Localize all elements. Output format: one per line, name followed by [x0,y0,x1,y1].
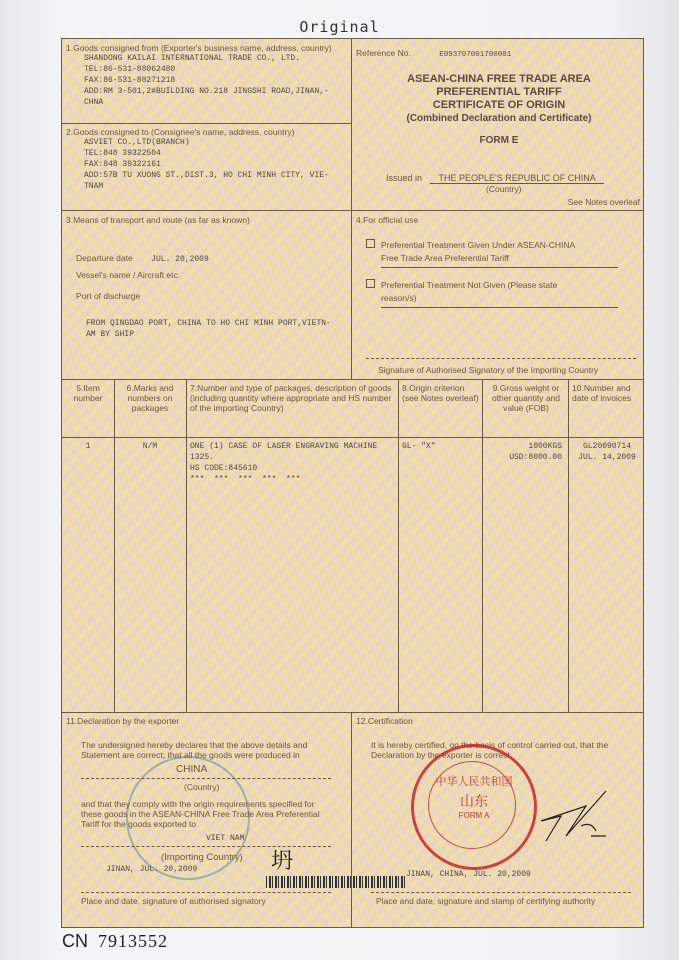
box-12-label: 12.Certification [356,716,642,726]
reference-label: Reference No. [356,48,411,58]
title-line-4: (Combined Declaration and Certificate) [356,112,642,125]
certifying-stamp: 中华人民共和国 山东 FORM A [411,744,537,870]
item-number: 1 [65,441,111,452]
departure-date-value: JUL. 20,2009 [151,255,209,264]
exporter-name: SHANDONG KAILAI INTERNATIONAL TRADE CO.,… [84,53,350,64]
marks: N/M [117,441,183,452]
port-of-discharge-label: Port of discharge [76,291,140,301]
page-title: Original [0,18,679,36]
box-2-consignee: 2.Goods consigned to (Consignee's name, … [66,127,350,192]
country-caption: (Country) [486,184,521,194]
description-line-2: 1325. [190,452,395,463]
box-11-exporter-declaration: 11.Declaration by the exporter The under… [66,716,350,926]
exporter-tel: TEL:86-531-88062480 [84,64,350,75]
box-3-transport: 3.Means of transport and route (as far a… [66,215,350,375]
consignee-fax: FAX:848 39322161 [84,159,350,170]
description-line-1: ONE (1) CASE OF LASER ENGRAVING MACHINE [190,441,395,452]
header-invoices: 10.Number and date of invoices [572,383,642,403]
gross-weight: 1000KGS [486,441,562,452]
header-marks: 6.Marks and numbers on packages [117,383,183,413]
option-treatment-given[interactable]: Preferential Treatment Given Under ASEAN… [366,235,575,253]
header-item-number: 5.Item number [65,383,111,403]
exporter-address-cont: CHNA [84,97,350,108]
checkbox-treatment-given[interactable] [366,239,375,248]
description-terminator: *** *** *** *** *** [190,474,395,485]
option-treatment-not-given[interactable]: Preferential Treatment Not Given (Please… [366,275,557,293]
consignee-address-cont: TNAM [84,181,350,192]
box-1-label: 1.Goods consigned from (Exporter's busin… [66,43,350,53]
title-line-1: ASEAN-CHINA FREE TRADE AREA [356,73,642,86]
box-11-label: 11.Declaration by the exporter [66,716,350,726]
route-line-1: FROM QINGDAO PORT, CHINA TO HO CHI MINH … [86,318,331,329]
hs-code: HS CODE:845610 [190,463,395,474]
box-2-label: 2.Goods consigned to (Consignee's name, … [66,127,350,137]
departure-date-label: Departure date [76,253,133,263]
importing-signatory-caption: Signature of Authorised Signatory of the… [378,365,598,375]
box-4-label: 4.For official use [356,215,642,225]
header-origin-criterion: 8.Origin criterion (see Notes overleaf) [402,383,480,403]
exporter-address: ADD:RM 3-501,2#BUILDING NO.218 JINGSHI R… [84,86,350,97]
route-line-2: AM BY SHIP [86,329,331,340]
consignee-tel: TEL:848 39322504 [84,148,350,159]
certifier-place-date: JINAN, CHINA, JUL. 20,2009 [406,869,531,880]
serial-number: CN7913552 [62,931,168,952]
box-3-label: 3.Means of transport and route (as far a… [66,215,350,225]
importing-country: VIET NAM [206,833,244,844]
issued-in-label: Issued in [386,173,422,183]
certificate-form: 1.Goods consigned from (Exporter's busin… [61,38,644,928]
exporter-fax: FAX:86-531-88271218 [84,75,350,86]
fob-value: USD:8000.00 [486,452,562,463]
title-line-2: PREFERENTIAL TARIFF [356,86,642,99]
exporter-place-date: JINAN, JUL. 20,2009 [106,864,197,875]
see-notes: See Notes overleaf [568,197,640,207]
produced-in-country: CHINA [176,765,207,775]
vessel-label: Vessel's name / Aircraft etc. [76,270,180,280]
form-name: FORM E [356,135,642,146]
box-1-exporter: 1.Goods consigned from (Exporter's busin… [66,43,350,108]
invoice-number: GL20090714 [572,441,642,452]
checkbox-treatment-not-given[interactable] [366,279,375,288]
title-line-3: CERTIFICATE OF ORIGIN [356,99,642,112]
consignee-name: ASVIET CO.,LTD(BRANCH) [84,137,350,148]
reference-number: E093707001700001 [439,51,511,59]
certificate-header: Reference No. E093707001700001 ASEAN-CHI… [356,43,642,208]
exporter-signature: 坍 [271,844,293,875]
consignee-address: ADD:57B TU XUONG ST.,DIST.3, HO CHI MINH… [84,170,350,181]
origin-criterion: GL- "X" [402,441,480,452]
issued-in-value: THE PEOPLE'S REPUBLIC OF CHINA [430,173,603,184]
invoice-date: JUL. 14,2009 [572,452,642,463]
header-gross-weight: 9.Gross weight or other quantity and val… [486,383,566,413]
box-4-official-use: 4.For official use Preferential Treatmen… [356,215,642,375]
header-description: 7.Number and type of packages, descripti… [190,383,395,413]
certifier-signature [536,786,616,846]
box-12-certification: 12.Certification It is hereby certified,… [356,716,642,926]
